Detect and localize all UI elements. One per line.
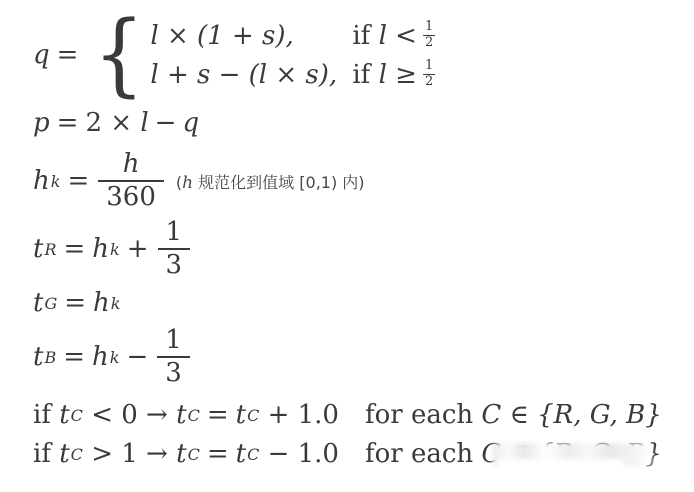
variable-p: p (33, 108, 50, 138)
variable-l: l (140, 108, 148, 138)
equation-wrap-negative: if tC < 0 → tC=tC + 1.0for each C ∈ {R, … (33, 398, 694, 432)
fraction-one-third: 13 (158, 217, 191, 280)
case-row-1: l × (1 + s),if l <12 (150, 16, 435, 55)
equals-sign: = (57, 40, 79, 70)
case1-variable: l (379, 21, 387, 51)
numerator: h (115, 149, 148, 180)
case2-if-word: if (352, 60, 370, 90)
numerator: 1 (157, 325, 190, 356)
case1-relation: < (395, 21, 417, 51)
variable-hk: h (92, 342, 109, 372)
left-brace: { (93, 10, 144, 100)
delta-term: − 1.0 (268, 439, 339, 469)
variable-q: q (182, 108, 199, 138)
equation-p: p=2 × l−q (33, 106, 694, 140)
subscript-B: B (44, 348, 56, 367)
subscript-R: R (44, 240, 56, 259)
subscript-C: C (71, 445, 83, 464)
subscript-k: k (111, 294, 121, 313)
normalization-note: (h 规范化到值域 [0,1) 内) (176, 170, 365, 193)
subscript-C: C (188, 406, 200, 425)
plus-sign: + (127, 234, 149, 264)
denominator: 3 (157, 356, 190, 389)
numerator: 1 (158, 217, 191, 248)
fraction-h-over-360: h360 (98, 149, 164, 212)
equation-q-cases: q={ l × (1 + s),if l <12 l + s − (l × s)… (33, 12, 694, 98)
equals-sign: = (207, 439, 229, 469)
for-each-words: for each (365, 400, 473, 430)
cases-block: l × (1 + s),if l <12 l + s − (l × s),if … (150, 16, 435, 94)
subscript-C: C (71, 406, 83, 425)
subscript-C: C (247, 445, 259, 464)
if-word: if (33, 400, 51, 430)
case1-expression: l × (1 + s), (150, 21, 352, 51)
denominator: 360 (98, 180, 164, 213)
denominator: 3 (158, 248, 191, 281)
equation-hk: hk=h360 (h 规范化到值域 [0,1) 内) (33, 152, 694, 210)
minus-sign: − (126, 342, 148, 372)
case2-relation: ≥ (395, 60, 417, 90)
for-each-words: for each (365, 439, 473, 469)
numerator: 1 (423, 20, 435, 35)
subscript-k: k (110, 240, 120, 259)
variable-h: h (33, 166, 50, 196)
equals-sign: = (57, 108, 79, 138)
variable-hk: h (92, 234, 109, 264)
variable-C: C (481, 400, 501, 430)
denominator: 2 (423, 74, 435, 90)
subscript-k: k (51, 172, 61, 191)
comparison-arrow: > 1 → (91, 439, 168, 469)
note-variable-h: h (182, 173, 193, 193)
subscript-C: C (247, 406, 259, 425)
variable-t: t (33, 288, 43, 318)
if-word: if (33, 439, 51, 469)
coefficient: 2 × (85, 108, 132, 138)
numerator: 1 (423, 59, 435, 74)
case-row-2: l + s − (l × s),if l ≥12 (150, 55, 435, 94)
subscript-G: G (44, 294, 57, 313)
equals-sign: = (64, 234, 86, 264)
equation-tB: tB=hk−13 (33, 326, 694, 388)
smudge-overlay (492, 441, 662, 477)
variable-q: q (33, 40, 50, 70)
case1-fraction-half: 12 (423, 20, 435, 51)
subscript-C: C (188, 445, 200, 464)
note-text: 规范化到值域 [0,1) 内) (193, 173, 364, 192)
smudge-tail (498, 459, 624, 473)
rgb-set: {R, G, B} (537, 400, 662, 430)
denominator: 2 (423, 35, 435, 51)
subscript-k: k (110, 348, 120, 367)
fraction-one-third: 13 (157, 325, 190, 388)
element-of-sign: ∈ (510, 400, 529, 430)
variable-tC: t (236, 439, 246, 469)
variable-tC: t (176, 439, 186, 469)
equation-tR: tR=hk+13 (33, 218, 694, 280)
equals-sign: = (63, 342, 85, 372)
delta-term: + 1.0 (268, 400, 339, 430)
variable-t: t (33, 234, 43, 264)
case2-expression: l + s − (l × s), (150, 60, 352, 90)
case2-variable: l (379, 60, 387, 90)
equals-sign: = (207, 400, 229, 430)
equals-sign: = (67, 166, 89, 196)
case2-fraction-half: 12 (423, 59, 435, 90)
equation-tG: tG=hk (33, 286, 694, 320)
minus-sign: − (155, 108, 177, 138)
comparison-arrow: < 0 → (91, 400, 168, 430)
variable-tC: t (236, 400, 246, 430)
case1-if-word: if (352, 21, 370, 51)
variable-hk: h (93, 288, 110, 318)
variable-tC: t (59, 400, 69, 430)
formula-sheet: q={ l × (1 + s),if l <12 l + s − (l × s)… (0, 0, 694, 492)
variable-tC: t (176, 400, 186, 430)
variable-t: t (33, 342, 43, 372)
equals-sign: = (64, 288, 86, 318)
variable-tC: t (59, 439, 69, 469)
